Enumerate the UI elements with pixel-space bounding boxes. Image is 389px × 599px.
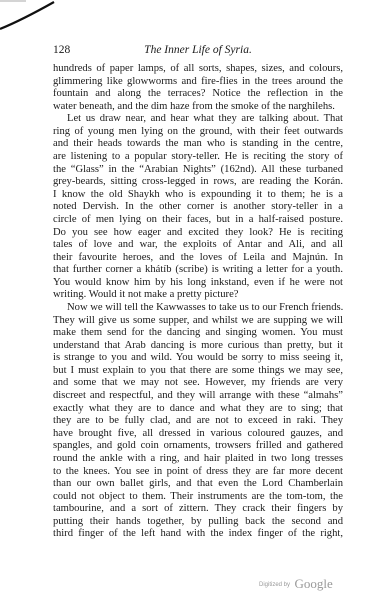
text-line: Now we will tell the Kawwasses to take u…	[53, 302, 343, 315]
text-line: and some that we may not see. However, m…	[53, 377, 343, 390]
text-line: third finger of the left hand with the i…	[53, 528, 343, 541]
text-line: water beneath, and the dim haze from the…	[53, 101, 343, 114]
scan-artifact-stroke	[0, 0, 60, 32]
text-line: I know the old Shaykh who is expounding …	[53, 189, 343, 202]
text-line: than our own ballet girls, and that even…	[53, 478, 343, 491]
running-title: The Inner Life of Syria.	[53, 44, 343, 56]
text-line: They will give us some supper, and whils…	[53, 315, 343, 328]
page-header: 128 The Inner Life of Syria.	[53, 44, 343, 60]
text-line: hundreds of paper lamps, of all sorts, s…	[53, 63, 343, 76]
text-line: discreet and respectful, and they will a…	[53, 390, 343, 403]
text-line: fountain and along the terraces? Notice …	[53, 88, 343, 101]
text-line: to the knees. You see in point of dress …	[53, 466, 343, 479]
text-line: but I must explain to you that there are…	[53, 365, 343, 378]
text-line: they are to be fully clad, and are not t…	[53, 415, 343, 428]
text-line: the “Glass” in the “Arabian Nights” (162…	[53, 164, 343, 177]
text-line: putting their hands together, by pulling…	[53, 516, 343, 529]
text-line: round the ankle with a ring, and hair pl…	[53, 453, 343, 466]
text-line: that further corner a khátíb (scribe) is…	[53, 264, 343, 277]
text-line: could not object to them. Their instrume…	[53, 491, 343, 504]
digitized-by-google-watermark: Digitized by Google	[259, 575, 333, 593]
digitized-by-label: Digitized by	[259, 582, 290, 588]
text-line: glimmering like glowworms and fire-flies…	[53, 76, 343, 89]
text-line: exactly what they are to dance and what …	[53, 403, 343, 416]
text-line: grey-beards, sitting cross-legged in row…	[53, 176, 343, 189]
text-line: circle of men lying on their faces, but …	[53, 214, 343, 227]
text-line: have brought five, all dressed in variou…	[53, 428, 343, 441]
google-logo-text: Google	[294, 576, 332, 591]
text-line: are listening to a popular story-teller.…	[53, 151, 343, 164]
text-line: You would know him by his long inkstand,…	[53, 277, 343, 290]
text-line: tambourine, and a sort of zittern. They …	[53, 503, 343, 516]
text-line: ring of young men lying on the ground, w…	[53, 126, 343, 139]
text-line: noted Dervish. In the other corner is an…	[53, 201, 343, 214]
text-line: their favourite heroes, and the loves of…	[53, 252, 343, 265]
text-line: Let us draw near, and hear what they are…	[53, 113, 343, 126]
text-line: make them send for the dancing and singi…	[53, 327, 343, 340]
text-line: Do you see how eager and excited they lo…	[53, 227, 343, 240]
text-line: spangles, and gold coin ornaments, trows…	[53, 440, 343, 453]
text-line: tales of love and war, the exploits of A…	[53, 239, 343, 252]
text-line: and their heads towards the man who is s…	[53, 138, 343, 151]
body-text: hundreds of paper lamps, of all sorts, s…	[53, 63, 343, 541]
text-line: understand that Arab dancing is more cur…	[53, 340, 343, 353]
text-line: is strange to you and wild. You would be…	[53, 352, 343, 365]
text-line: writing. Would it not make a pretty pict…	[53, 289, 343, 302]
